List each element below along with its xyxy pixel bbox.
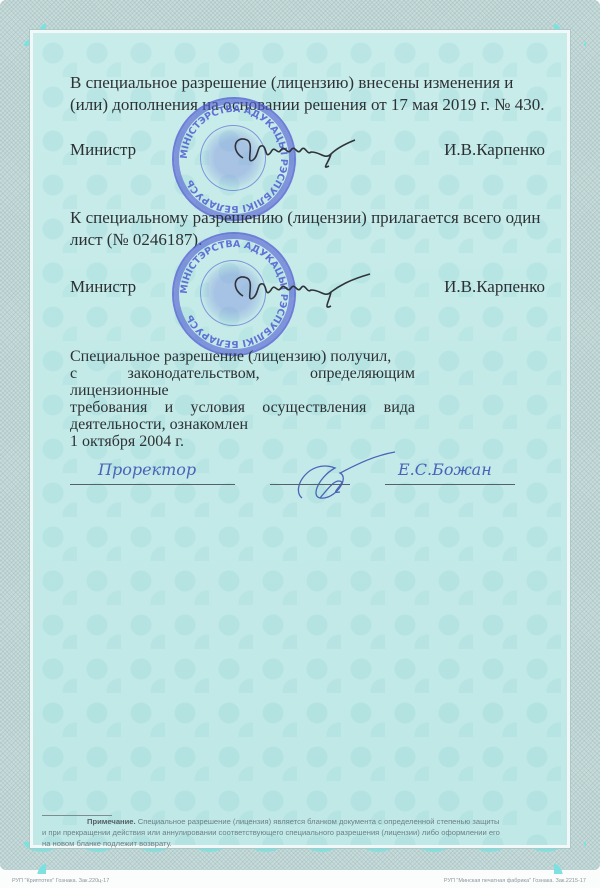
amendment-paragraph: В специальное разрешение (лицензию) внес…: [70, 72, 550, 116]
note-line: на новом бланке подлежит возврату.: [42, 838, 542, 849]
ack-line: деятельности, ознакомлен: [70, 416, 415, 433]
signature-line: [385, 484, 515, 485]
note-line: Специальное разрешение (лицензия) являет…: [138, 817, 500, 826]
footnote: Примечание. Специальное разрешение (лице…: [42, 816, 542, 849]
minister-signature-icon: [225, 268, 375, 313]
minister-signature-icon: [225, 130, 365, 175]
ack-line: Специальное разрешение (лицензию) получи…: [70, 348, 415, 365]
name-handwritten: Е.С.Божан: [398, 460, 492, 479]
signer-name: И.В.Карпенко: [444, 277, 545, 297]
signer-role: Министр: [70, 277, 136, 297]
ack-line: требования и условия осуществления вида: [70, 399, 415, 416]
recipient-signature-icon: [280, 448, 400, 508]
note-label: Примечание.: [42, 817, 136, 826]
position-handwritten: Проректор: [98, 460, 196, 479]
attachment-paragraph: К специальному разрешению (лицензии) при…: [70, 207, 550, 251]
printer-imprint-left: РУП "Криптотех" Гознака. Зак.220ц-17: [12, 878, 109, 884]
signer-role: Министр: [70, 140, 136, 160]
recipient-signatures: Проректор Е.С.Божан: [70, 452, 530, 502]
signature-line: [270, 484, 350, 485]
printer-imprint-right: РУП "Минская печатная фабрика" Гознака. …: [444, 878, 586, 884]
note-line: и при прекращении действия или аннулиров…: [42, 827, 542, 838]
signature-line: [70, 484, 235, 485]
ack-line: с законодательством, определяющим лиценз…: [70, 365, 415, 399]
acknowledgement-paragraph: Специальное разрешение (лицензию) получи…: [70, 348, 415, 450]
signer-name: И.В.Карпенко: [444, 140, 545, 160]
